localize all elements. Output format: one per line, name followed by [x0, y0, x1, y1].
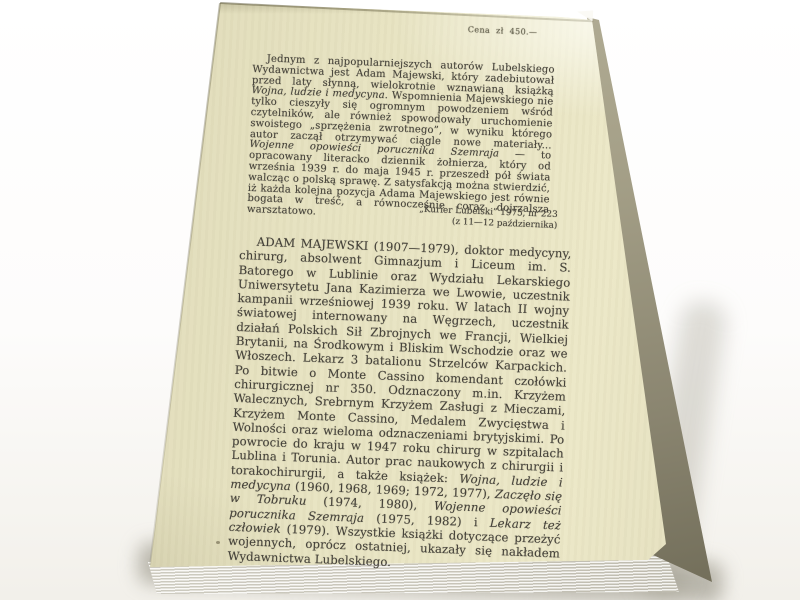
- paper-speck: [216, 541, 220, 544]
- review-excerpt: Jednym z najpopularniejszych autorów Lub…: [247, 54, 555, 227]
- author-bio: ADAM MAJEWSKI (1907—1979), doktor medycy…: [227, 234, 571, 575]
- book-photo: Cena zł 450.— Jednym z najpopularniejszy…: [0, 0, 800, 600]
